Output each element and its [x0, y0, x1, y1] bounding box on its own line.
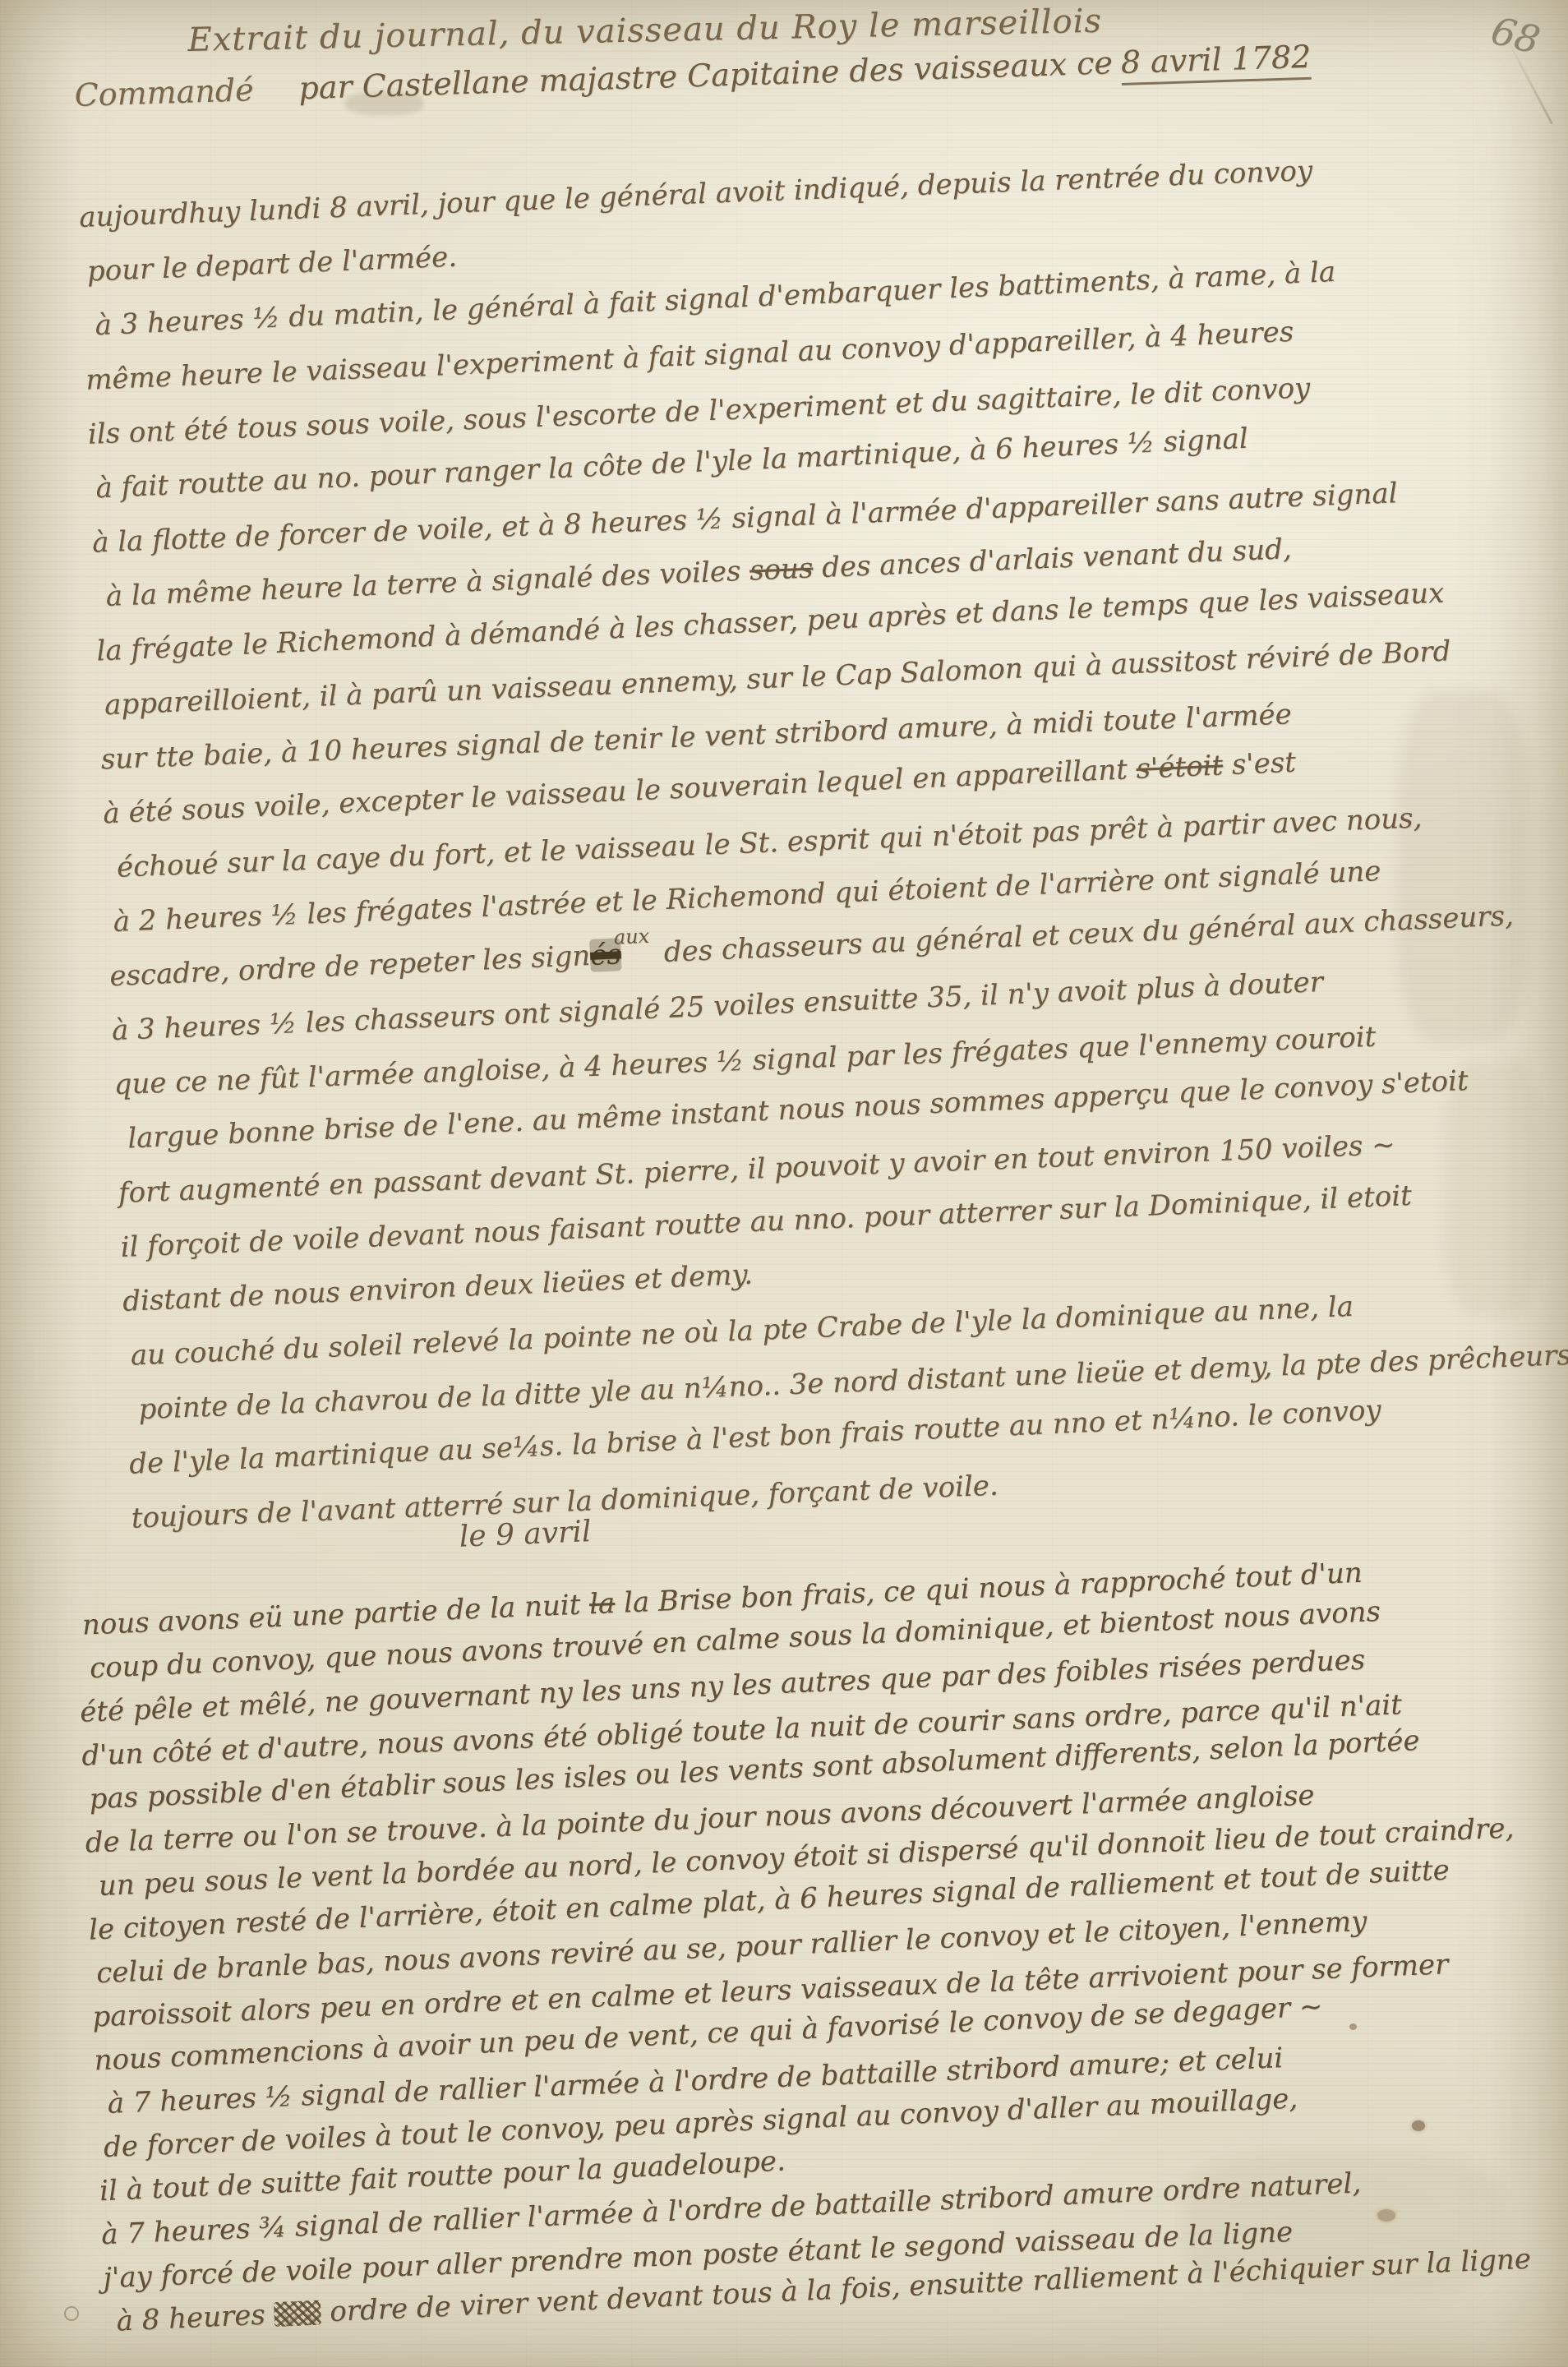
subtitle-date: 8 avril 1782 — [1120, 39, 1312, 85]
subtitle-commande-word: Commandé — [74, 72, 254, 113]
manuscript-page: 68 Extrait du journal, du vaisseau du Ro… — [0, 0, 1568, 2367]
manuscript-text-segment: s'est — [1222, 746, 1296, 782]
journal-entry: le 9 avrilnous avons eü une partie de la… — [72, 1466, 1568, 2344]
manuscript-strike-segment: s'étoit — [1136, 749, 1224, 786]
manuscript-strike-segment: la — [588, 1587, 616, 1621]
manuscript-text-segment: escadre, ordre de repeter les sign — [109, 939, 592, 993]
journal-entry: aujourdhuy lundi 8 avril, jour que le gé… — [78, 131, 1568, 1546]
page-number: 68 — [1487, 8, 1545, 63]
manuscript-sup-segment: aux — [612, 909, 650, 965]
manuscript-text-segment: à 8 heures — [116, 2298, 275, 2337]
manuscript-text-segment: pour le depart de l'armée. — [86, 241, 458, 288]
margin-mark — [64, 2306, 79, 2321]
manuscript-scribble-segment: ✕✕ — [274, 2300, 321, 2327]
manuscript-strike-segment: sous — [749, 551, 814, 587]
